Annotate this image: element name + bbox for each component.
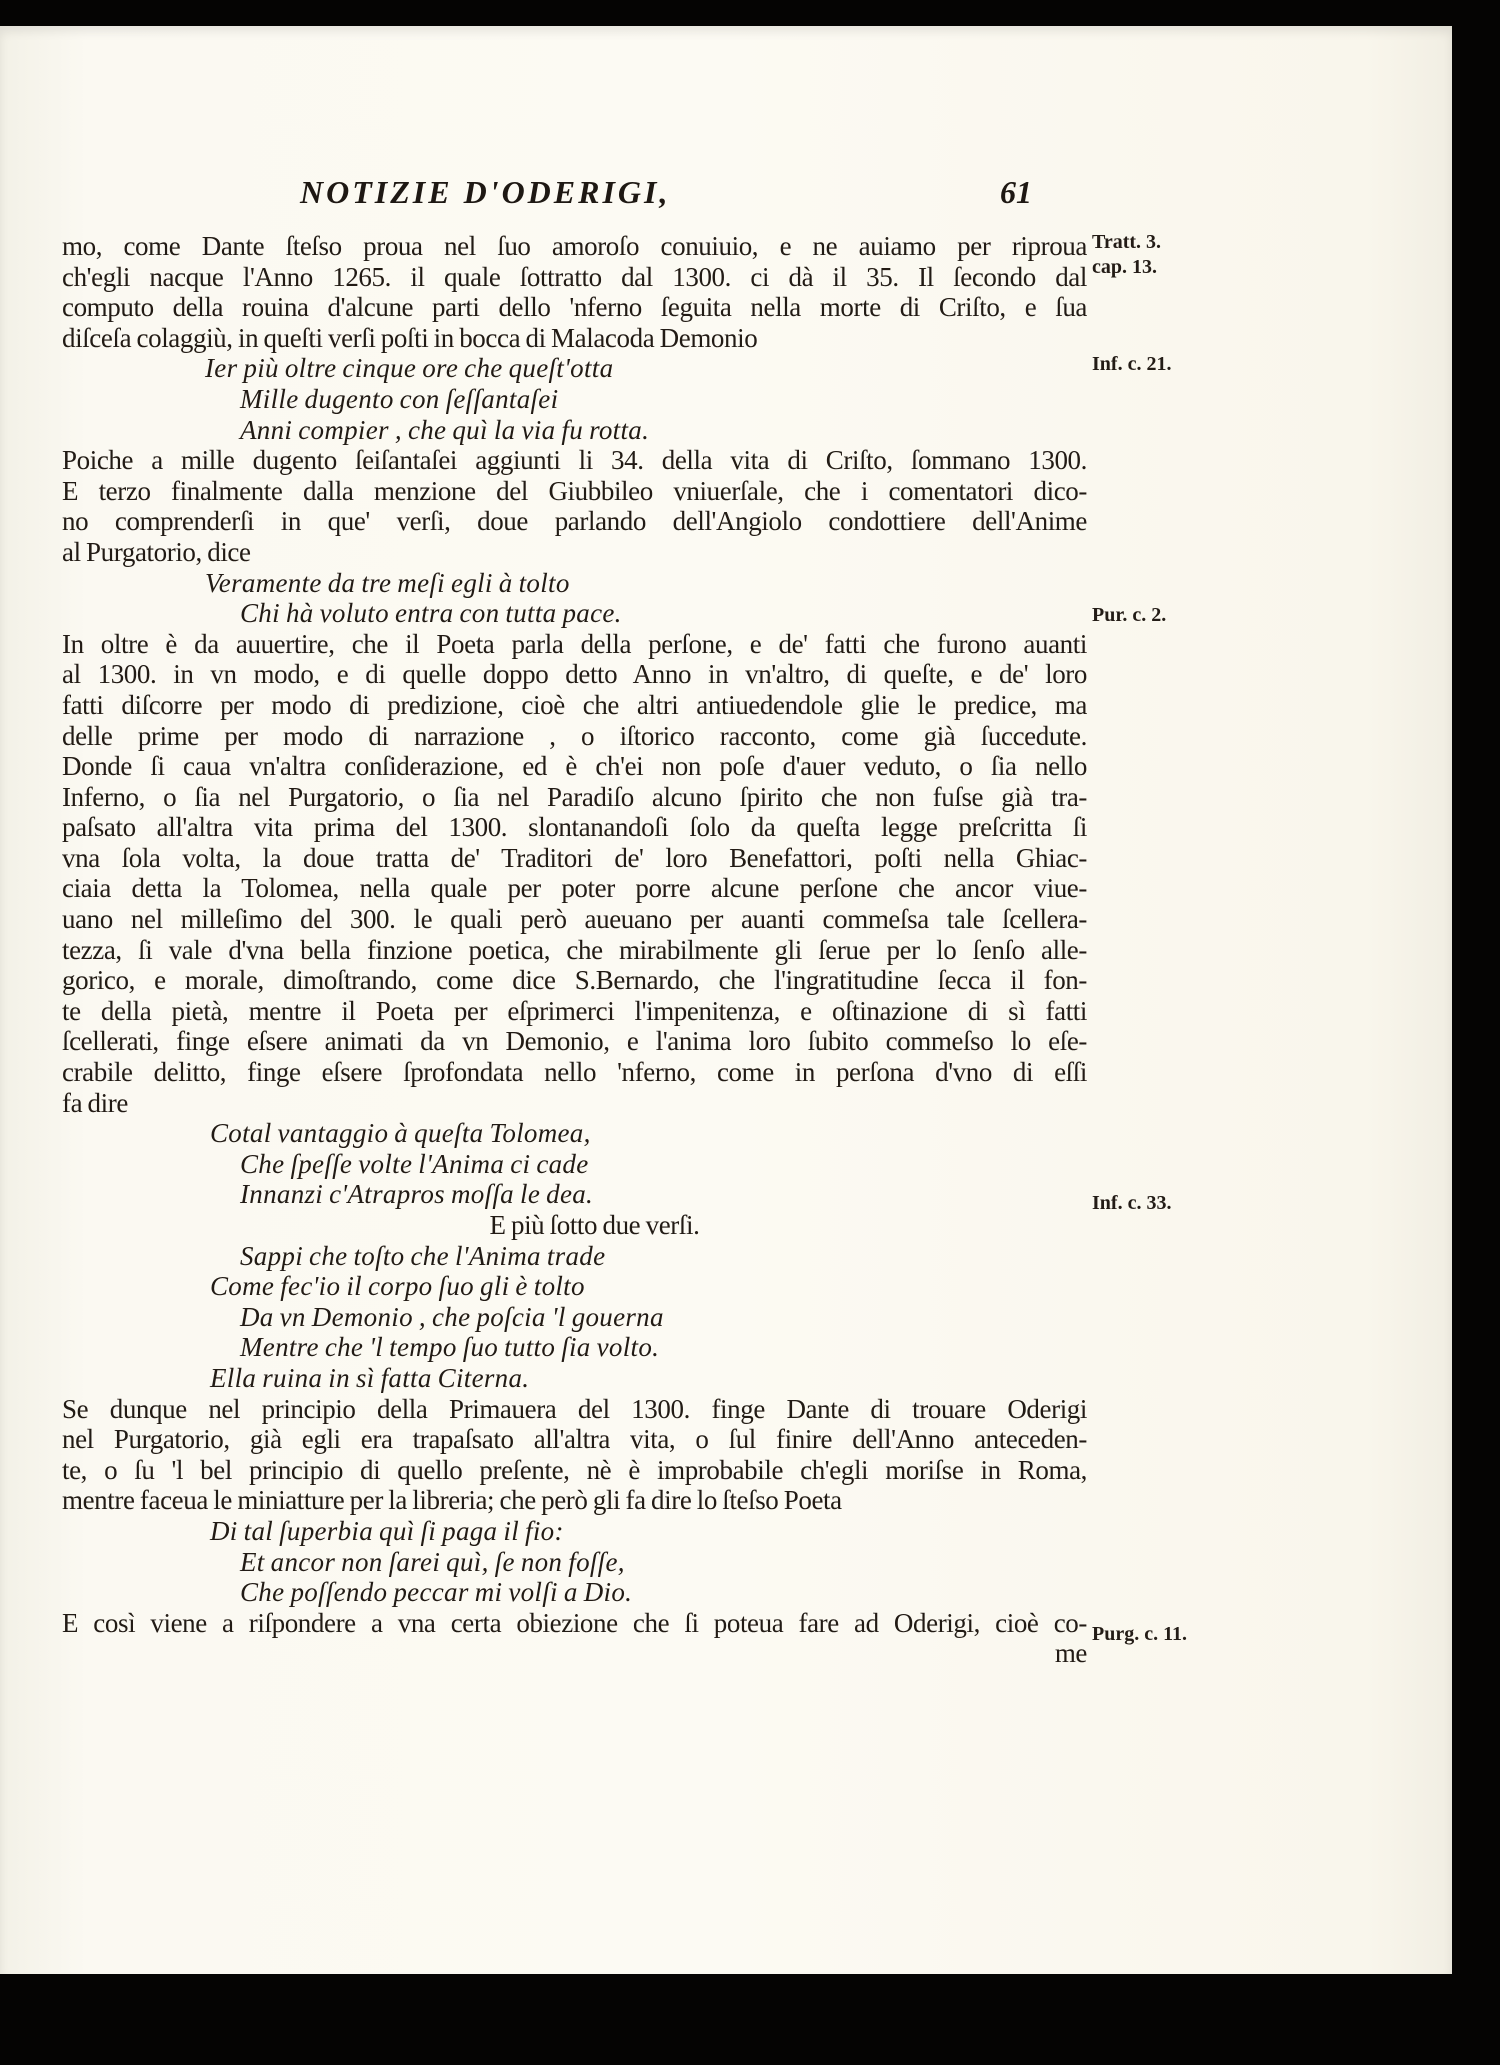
prose-line: mo, come Dante ſteſso proua nel ſuo amor… (62, 231, 1087, 262)
prose-line: te, o ſu 'l bel principio di quello preſ… (62, 1455, 1087, 1486)
margin-note: cap. 13. (1092, 256, 1157, 278)
prose-line: tezza, ſi vale d'vna bella finzione poet… (62, 935, 1087, 966)
verse-line: Che ſpeſſe volte l'Anima ci cade (62, 1149, 1087, 1180)
prose-line: paſsato all'altra vita prima del 1300. s… (62, 812, 1087, 843)
margin-note: Tratt. 3. (1092, 231, 1161, 253)
prose-line: fatti diſcorre per modo di predizione, c… (62, 690, 1087, 721)
prose-line: E terzo finalmente dalla menzione del Gi… (62, 476, 1087, 507)
verse-line: Da vn Demonio , che poſcia 'l gouerna (62, 1302, 1087, 1333)
prose-line: In oltre è da auuertire, che il Poeta pa… (62, 629, 1087, 660)
prose-line: gorico, e morale, dimoſtrando, come dice… (62, 965, 1087, 996)
prose-line: ch'egli nacque l'Anno 1265. il quale ſot… (62, 262, 1087, 293)
paragraph-end-line: fa dire (62, 1088, 1087, 1119)
page-number: 61 (1000, 174, 1032, 211)
margin-note: Inf. c. 21. (1092, 353, 1171, 375)
paragraph-end-line: mentre faceua le miniatture per la libre… (62, 1485, 1087, 1516)
prose-line: E così viene a riſpondere a vna certa ob… (62, 1608, 1087, 1639)
prose-line: no comprenderſi in que' verſi, doue parl… (62, 506, 1087, 537)
page-header: NOTIZIE D'ODERIGI, 61 (300, 174, 1020, 214)
margin-notes: Tratt. 3.cap. 13.Inf. c. 21.Pur. c. 2.In… (1092, 26, 1252, 1926)
verse-line: Chi hà voluto entra con tutta pace. (62, 598, 1087, 629)
verse-line: Che poſſendo peccar mi volſi a Dio. (62, 1577, 1087, 1608)
prose-line: Donde ſi caua vn'altra conſiderazione, e… (62, 751, 1087, 782)
prose-line: crabile delitto, finge eſsere ſprofondat… (62, 1057, 1087, 1088)
margin-note: Pur. c. 2. (1092, 604, 1166, 626)
running-title: NOTIZIE D'ODERIGI, (300, 174, 670, 211)
verse-line: Come fec'io il corpo ſuo gli è tolto (62, 1271, 1087, 1302)
margin-note: Inf. c. 33. (1092, 1192, 1171, 1214)
verse-line: Sappi che toſto che l'Anima trade (62, 1241, 1087, 1272)
verse-line: Cotal vantaggio à queſta Tolomea, (62, 1118, 1087, 1149)
verse-line: Ella ruina in sì fatta Citerna. (62, 1363, 1087, 1394)
prose-line: nel Purgatorio, già egli era trapaſsato … (62, 1424, 1087, 1455)
prose-line: Inferno, o ſia nel Purgatorio, o ſia nel… (62, 782, 1087, 813)
paragraph-end-line: diſceſa colaggiù, in queſti verſi poſti … (62, 323, 1087, 354)
verse-line: Et ancor non ſarei quì, ſe non foſſe, (62, 1547, 1087, 1578)
paragraph-end-line: al Purgatorio, dice (62, 537, 1087, 568)
prose-line: Se dunque nel principio della Primauera … (62, 1394, 1087, 1425)
body-text: mo, come Dante ſteſso proua nel ſuo amor… (62, 231, 1087, 1669)
book-page: NOTIZIE D'ODERIGI, 61 mo, come Dante ſte… (0, 26, 1452, 1974)
prose-line: computo della rouina d'alcune parti dell… (62, 292, 1087, 323)
verse-line: Ier più oltre cinque ore che queſt'otta (62, 353, 1087, 384)
verse-line: Innanzi c'Atrapros moſſa le dea. (62, 1179, 1087, 1210)
prose-line: te della pietà, mentre il Poeta per eſpr… (62, 996, 1087, 1027)
margin-note: Purg. c. 11. (1092, 1623, 1187, 1645)
prose-line: uano nel milleſimo del 300. le quali per… (62, 904, 1087, 935)
verse-line: Mille dugento con ſeſſantaſei (62, 384, 1087, 415)
verse-line: Veramente da tre meſi egli à tolto (62, 568, 1087, 599)
prose-line: delle prime per modo di narrazione , o i… (62, 721, 1087, 752)
prose-line: al 1300. in vn modo, e di quelle doppo d… (62, 659, 1087, 690)
centered-caption: E più ſotto due verſi. (62, 1210, 1087, 1241)
prose-line: ciaia detta la Tolomea, nella quale per … (62, 873, 1087, 904)
verse-line: Mentre che 'l tempo ſuo tutto ſia volto. (62, 1332, 1087, 1363)
verse-line: Di tal ſuperbia quì ſi paga il fio: (62, 1516, 1087, 1547)
verse-line: Anni compier , che quì la via fu rotta. (62, 415, 1087, 446)
prose-line: Poiche a mille dugento ſeiſantaſei aggiu… (62, 445, 1087, 476)
prose-line: ſcellerati, finge eſsere animati da vn D… (62, 1026, 1087, 1057)
catchword: me (62, 1638, 1087, 1669)
prose-line: vna ſola volta, la doue tratta de' Tradi… (62, 843, 1087, 874)
